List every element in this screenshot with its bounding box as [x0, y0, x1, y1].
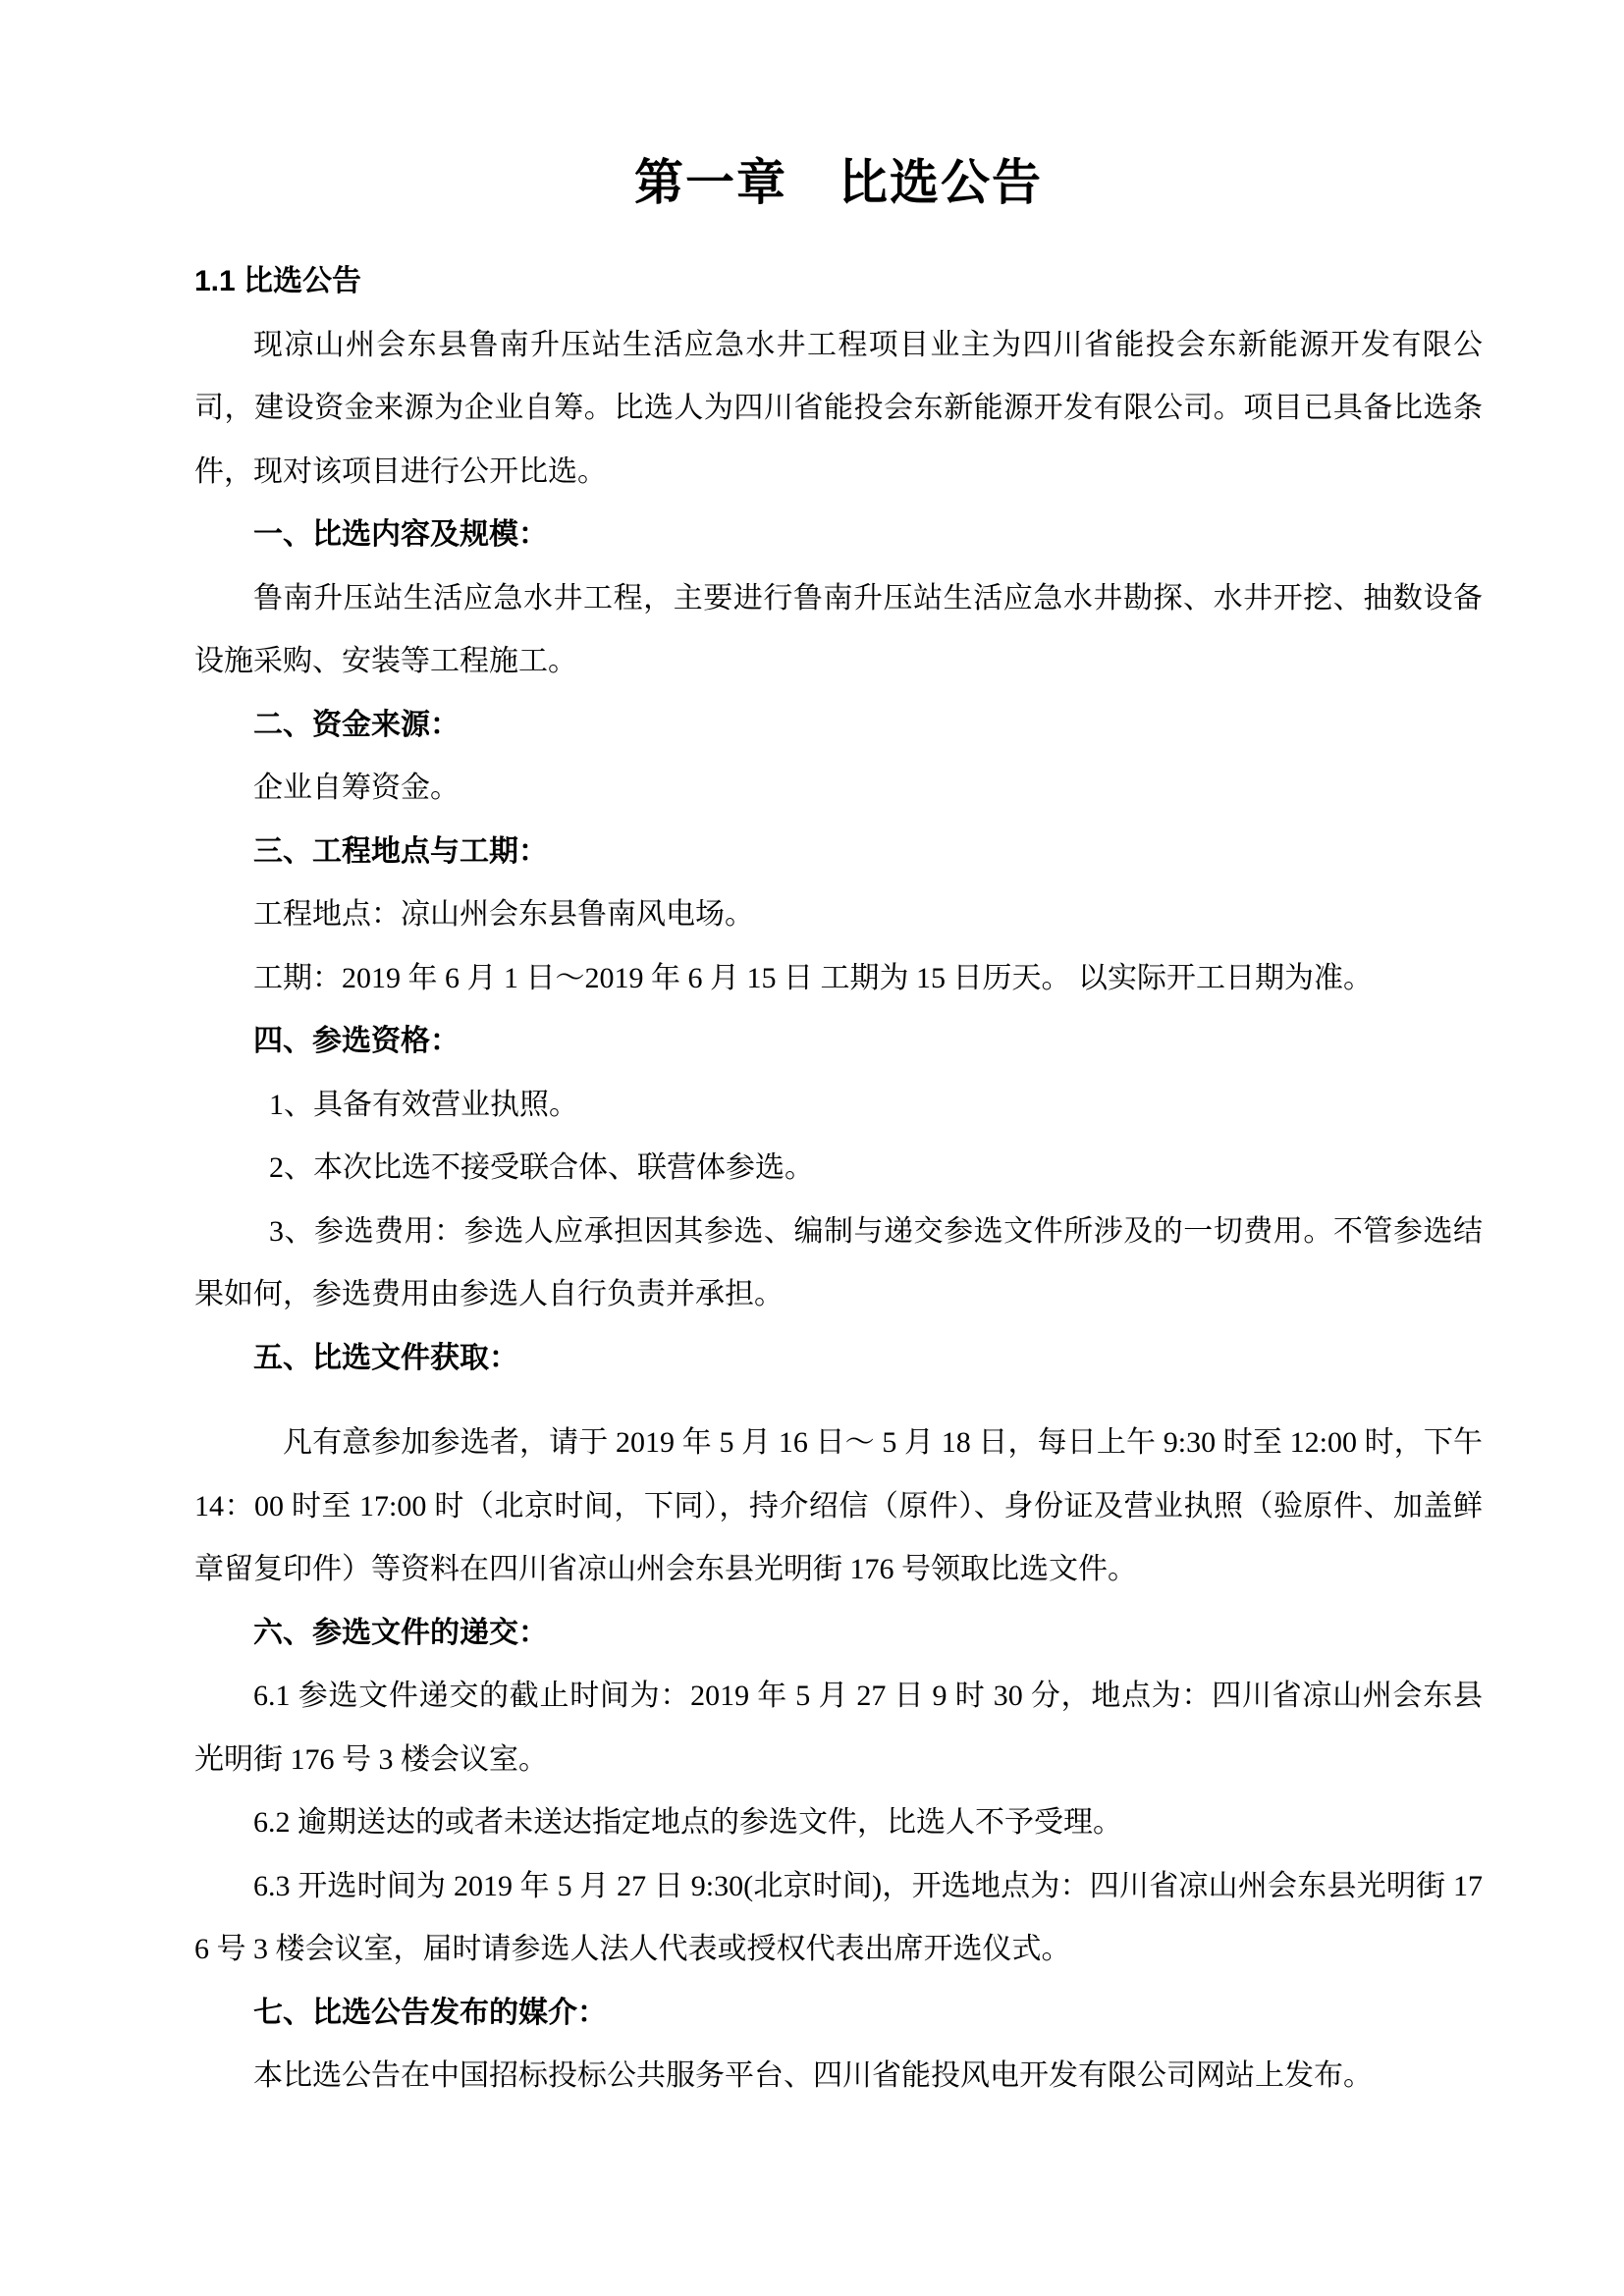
- intro-paragraph: 现凉山州会东县鲁南升压站生活应急水井工程项目业主为四川省能投会东新能源开发有限公…: [194, 314, 1483, 505]
- project-location-paragraph: 工程地点：凉山州会东县鲁南风电场。: [194, 883, 1483, 947]
- chapter-title: 第一章 比选公告: [194, 153, 1483, 212]
- qualification-item-3: 3、参选费用：参选人应承担因其参选、编制与递交参选文件所涉及的一切费用。不管参选…: [194, 1201, 1483, 1327]
- document-body: 1.1 比选公告 现凉山州会东县鲁南升压站生活应急水井工程项目业主为四川省能投会…: [194, 250, 1483, 2109]
- announcement-media-paragraph: 本比选公告在中国招标投标公共服务平台、四川省能投风电开发有限公司网站上发布。: [194, 2045, 1483, 2109]
- submission-deadline-paragraph: 6.1 参选文件递交的截止时间为：2019 年 5 月 27 日 9 时 30 …: [194, 1665, 1483, 1791]
- project-duration-paragraph: 工期：2019 年 6 月 1 日～2019 年 6 月 15 日 工期为 15…: [194, 947, 1483, 1011]
- document-content: 第一章 比选公告 1.1 比选公告 现凉山州会东县鲁南升压站生活应急水井工程项目…: [194, 0, 1483, 2109]
- clause-heading-qualification: 四、参选资格：: [194, 1010, 1483, 1074]
- late-submission-paragraph: 6.2 逾期送达的或者未送达指定地点的参选文件，比选人不予受理。: [194, 1791, 1483, 1855]
- content-scope-paragraph: 鲁南升压站生活应急水井工程，主要进行鲁南升压站生活应急水井勘探、水井开挖、抽数设…: [194, 567, 1483, 694]
- clause-heading-location-duration: 三、工程地点与工期：: [194, 821, 1483, 884]
- clause-heading-document-obtain: 五、比选文件获取：: [194, 1327, 1483, 1391]
- clause-heading-funding-source: 二、资金来源：: [194, 694, 1483, 758]
- clause-heading-document-submission: 六、参选文件的递交：: [194, 1602, 1483, 1666]
- qualification-item-2: 2、本次比选不接受联合体、联营体参选。: [194, 1137, 1483, 1201]
- clause-heading-content-scope: 一、比选内容及规模：: [194, 504, 1483, 567]
- qualification-item-1: 1、具备有效营业执照。: [194, 1074, 1483, 1138]
- document-page: 第一章 比选公告 1.1 比选公告 现凉山州会东县鲁南升压站生活应急水井工程项目…: [0, 0, 1624, 2296]
- section-title-1-1: 1.1 比选公告: [194, 250, 1483, 314]
- funding-source-paragraph: 企业自筹资金。: [194, 757, 1483, 821]
- clause-heading-announcement-media: 七、比选公告发布的媒介：: [194, 1982, 1483, 2046]
- document-obtain-paragraph: 凡有意参加参选者，请于 2019 年 5 月 16 日～ 5 月 18 日，每日…: [194, 1412, 1483, 1602]
- opening-time-paragraph: 6.3 开选时间为 2019 年 5 月 27 日 9:30(北京时间)，开选地…: [194, 1855, 1483, 1982]
